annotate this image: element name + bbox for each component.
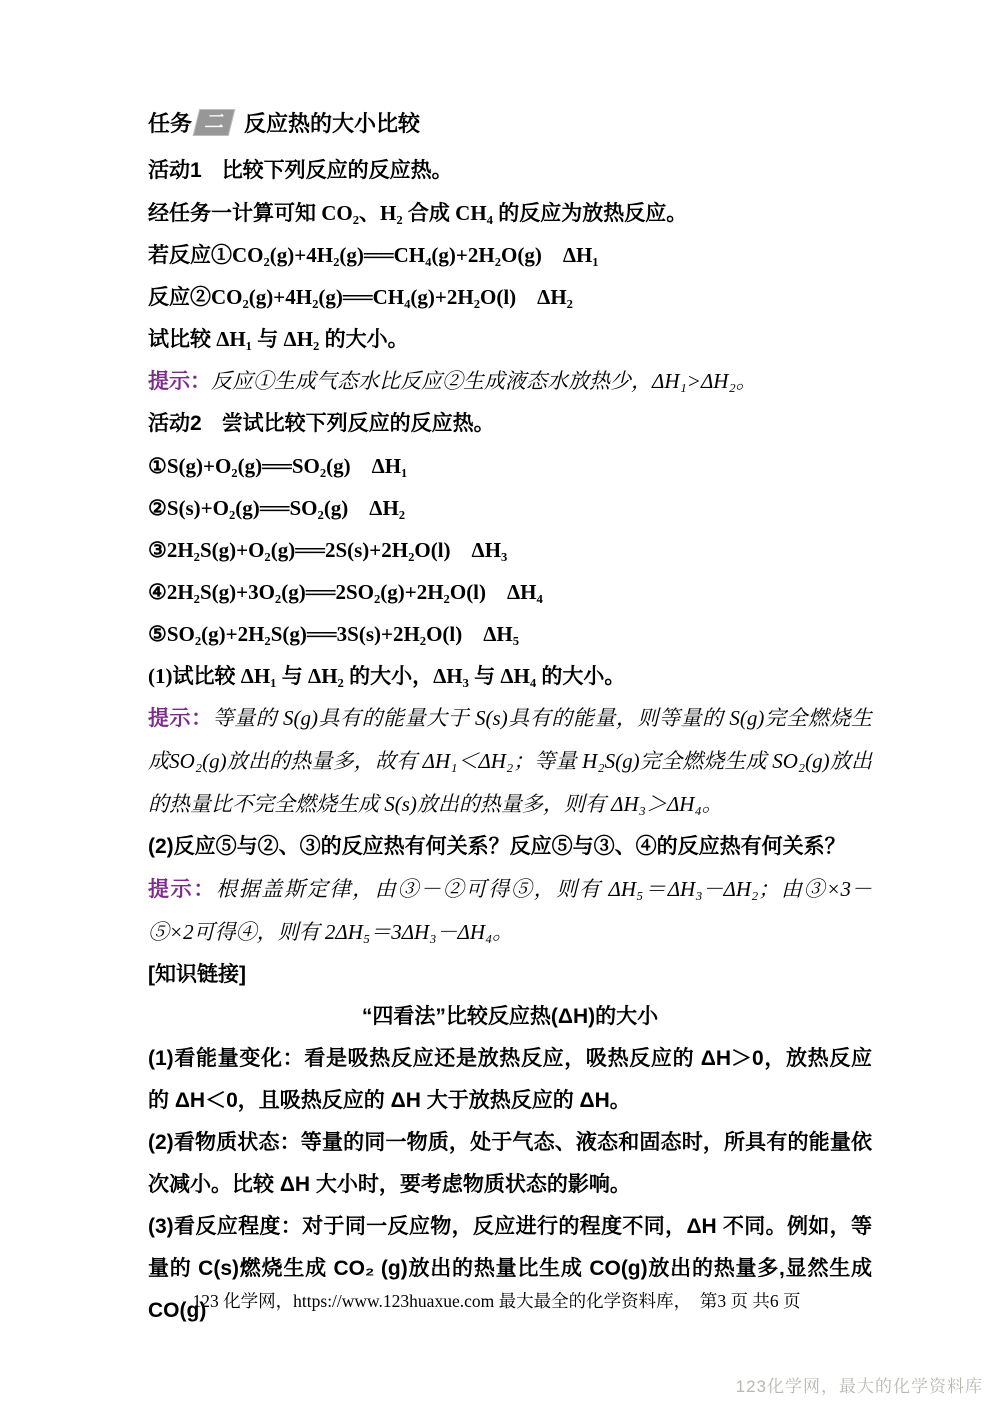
- activity2-question-2: (2)反应⑤与②、③的反应热有何关系？反应⑤与③、④的反应热有何关系？: [148, 826, 872, 868]
- activity2-title: 尝试比较下列反应的反应热。: [222, 412, 495, 435]
- activity1-heading: 活动1比较下列反应的反应热。: [148, 150, 872, 192]
- reaction-equation-1: 若反应①CO₂(g)+4H₂(g)══CH₄(g)+2H₂O(g) ΔH₁: [148, 234, 872, 276]
- document-page: 任务 二 反应热的大小比较 活动1比较下列反应的反应热。 经任务一计算可知 CO…: [0, 0, 993, 1404]
- activity2-label: 活动2: [148, 412, 202, 435]
- knowledge-point-2: (2)看物质状态：等量的同一物质，处于气态、液态和固态时，所具有的能量依次减小。…: [148, 1122, 872, 1206]
- hint-text: 根据盖斯定律，由③－②可得⑤，则有 ΔH₅＝ΔH₃－ΔH₂；由③×3－⑤×2可得…: [148, 877, 872, 944]
- activity1-hint: 提示：反应①生成气态水比反应②生成液态水放热少，ΔH₁>ΔH₂。: [148, 360, 872, 403]
- task-header: 任务 二 反应热的大小比较: [148, 100, 872, 144]
- page-content: 任务 二 反应热的大小比较 活动1比较下列反应的反应热。 经任务一计算可知 CO…: [148, 100, 872, 1332]
- activity2-heading: 活动2尝试比较下列反应的反应热。: [148, 403, 872, 445]
- activity2-hint-2: 提示：根据盖斯定律，由③－②可得⑤，则有 ΔH₅＝ΔH₃－ΔH₂；由③×3－⑤×…: [148, 868, 872, 954]
- hint-label: 提示：: [148, 878, 216, 901]
- knowledge-link-tag: [知识链接]: [148, 954, 872, 996]
- activity2-question-1: (1)试比较 ΔH₁ 与 ΔH₂ 的大小，ΔH₃ 与 ΔH₄ 的大小。: [148, 655, 872, 697]
- site-watermark: 123化学网，最大的化学资料库: [736, 1372, 983, 1397]
- knowledge-point-1: (1)看能量变化：看是吸热反应还是放热反应，吸热反应的 ΔH＞0，放热反应的 Δ…: [148, 1038, 872, 1122]
- activity1-question: 试比较 ΔH₁ 与 ΔH₂ 的大小。: [148, 318, 872, 360]
- equation-1: ①S(g)+O₂(g)══SO₂(g) ΔH₁: [148, 445, 872, 487]
- task-number-badge: 二: [193, 109, 236, 136]
- task-label: 任务: [148, 107, 192, 138]
- page-footer: 123 化学网，https://www.123huaxue.com 最大最全的化…: [0, 1288, 993, 1313]
- hint-text: 等量的 S(g)具有的能量大于 S(s)具有的能量，则等量的 S(g)完全燃烧生…: [148, 706, 872, 816]
- activity1-intro: 经任务一计算可知 CO₂、H₂ 合成 CH₄ 的反应为放热反应。: [148, 192, 872, 234]
- equation-5: ⑤SO₂(g)+2H₂S(g)══3S(s)+2H₂O(l) ΔH₅: [148, 613, 872, 655]
- hint-text: 反应①生成气态水比反应②生成液态水放热少，ΔH₁>ΔH₂。: [211, 369, 757, 393]
- hint-label: 提示：: [148, 707, 213, 730]
- hint-label: 提示：: [148, 370, 211, 393]
- equation-3: ③2H₂S(g)+O₂(g)══2S(s)+2H₂O(l) ΔH₃: [148, 529, 872, 571]
- activity1-label: 活动1: [148, 159, 202, 182]
- equation-2: ②S(s)+O₂(g)══SO₂(g) ΔH₂: [148, 487, 872, 529]
- task-badge-number: 二: [205, 109, 224, 136]
- knowledge-subtitle: “四看法”比较反应热(ΔH)的大小: [148, 996, 872, 1038]
- equation-4: ④2H₂S(g)+3O₂(g)══2SO₂(g)+2H₂O(l) ΔH₄: [148, 571, 872, 613]
- activity1-title: 比较下列反应的反应热。: [222, 159, 453, 182]
- reaction-equation-2: 反应②CO₂(g)+4H₂(g)══CH₄(g)+2H₂O(l) ΔH₂: [148, 276, 872, 318]
- knowledge-point-3: (3)看反应程度：对于同一反应物，反应进行的程度不同，ΔH 不同。例如，等量的 …: [148, 1206, 872, 1332]
- section-title: 反应热的大小比较: [244, 107, 420, 138]
- activity2-hint-1: 提示：等量的 S(g)具有的能量大于 S(s)具有的能量，则等量的 S(g)完全…: [148, 697, 872, 826]
